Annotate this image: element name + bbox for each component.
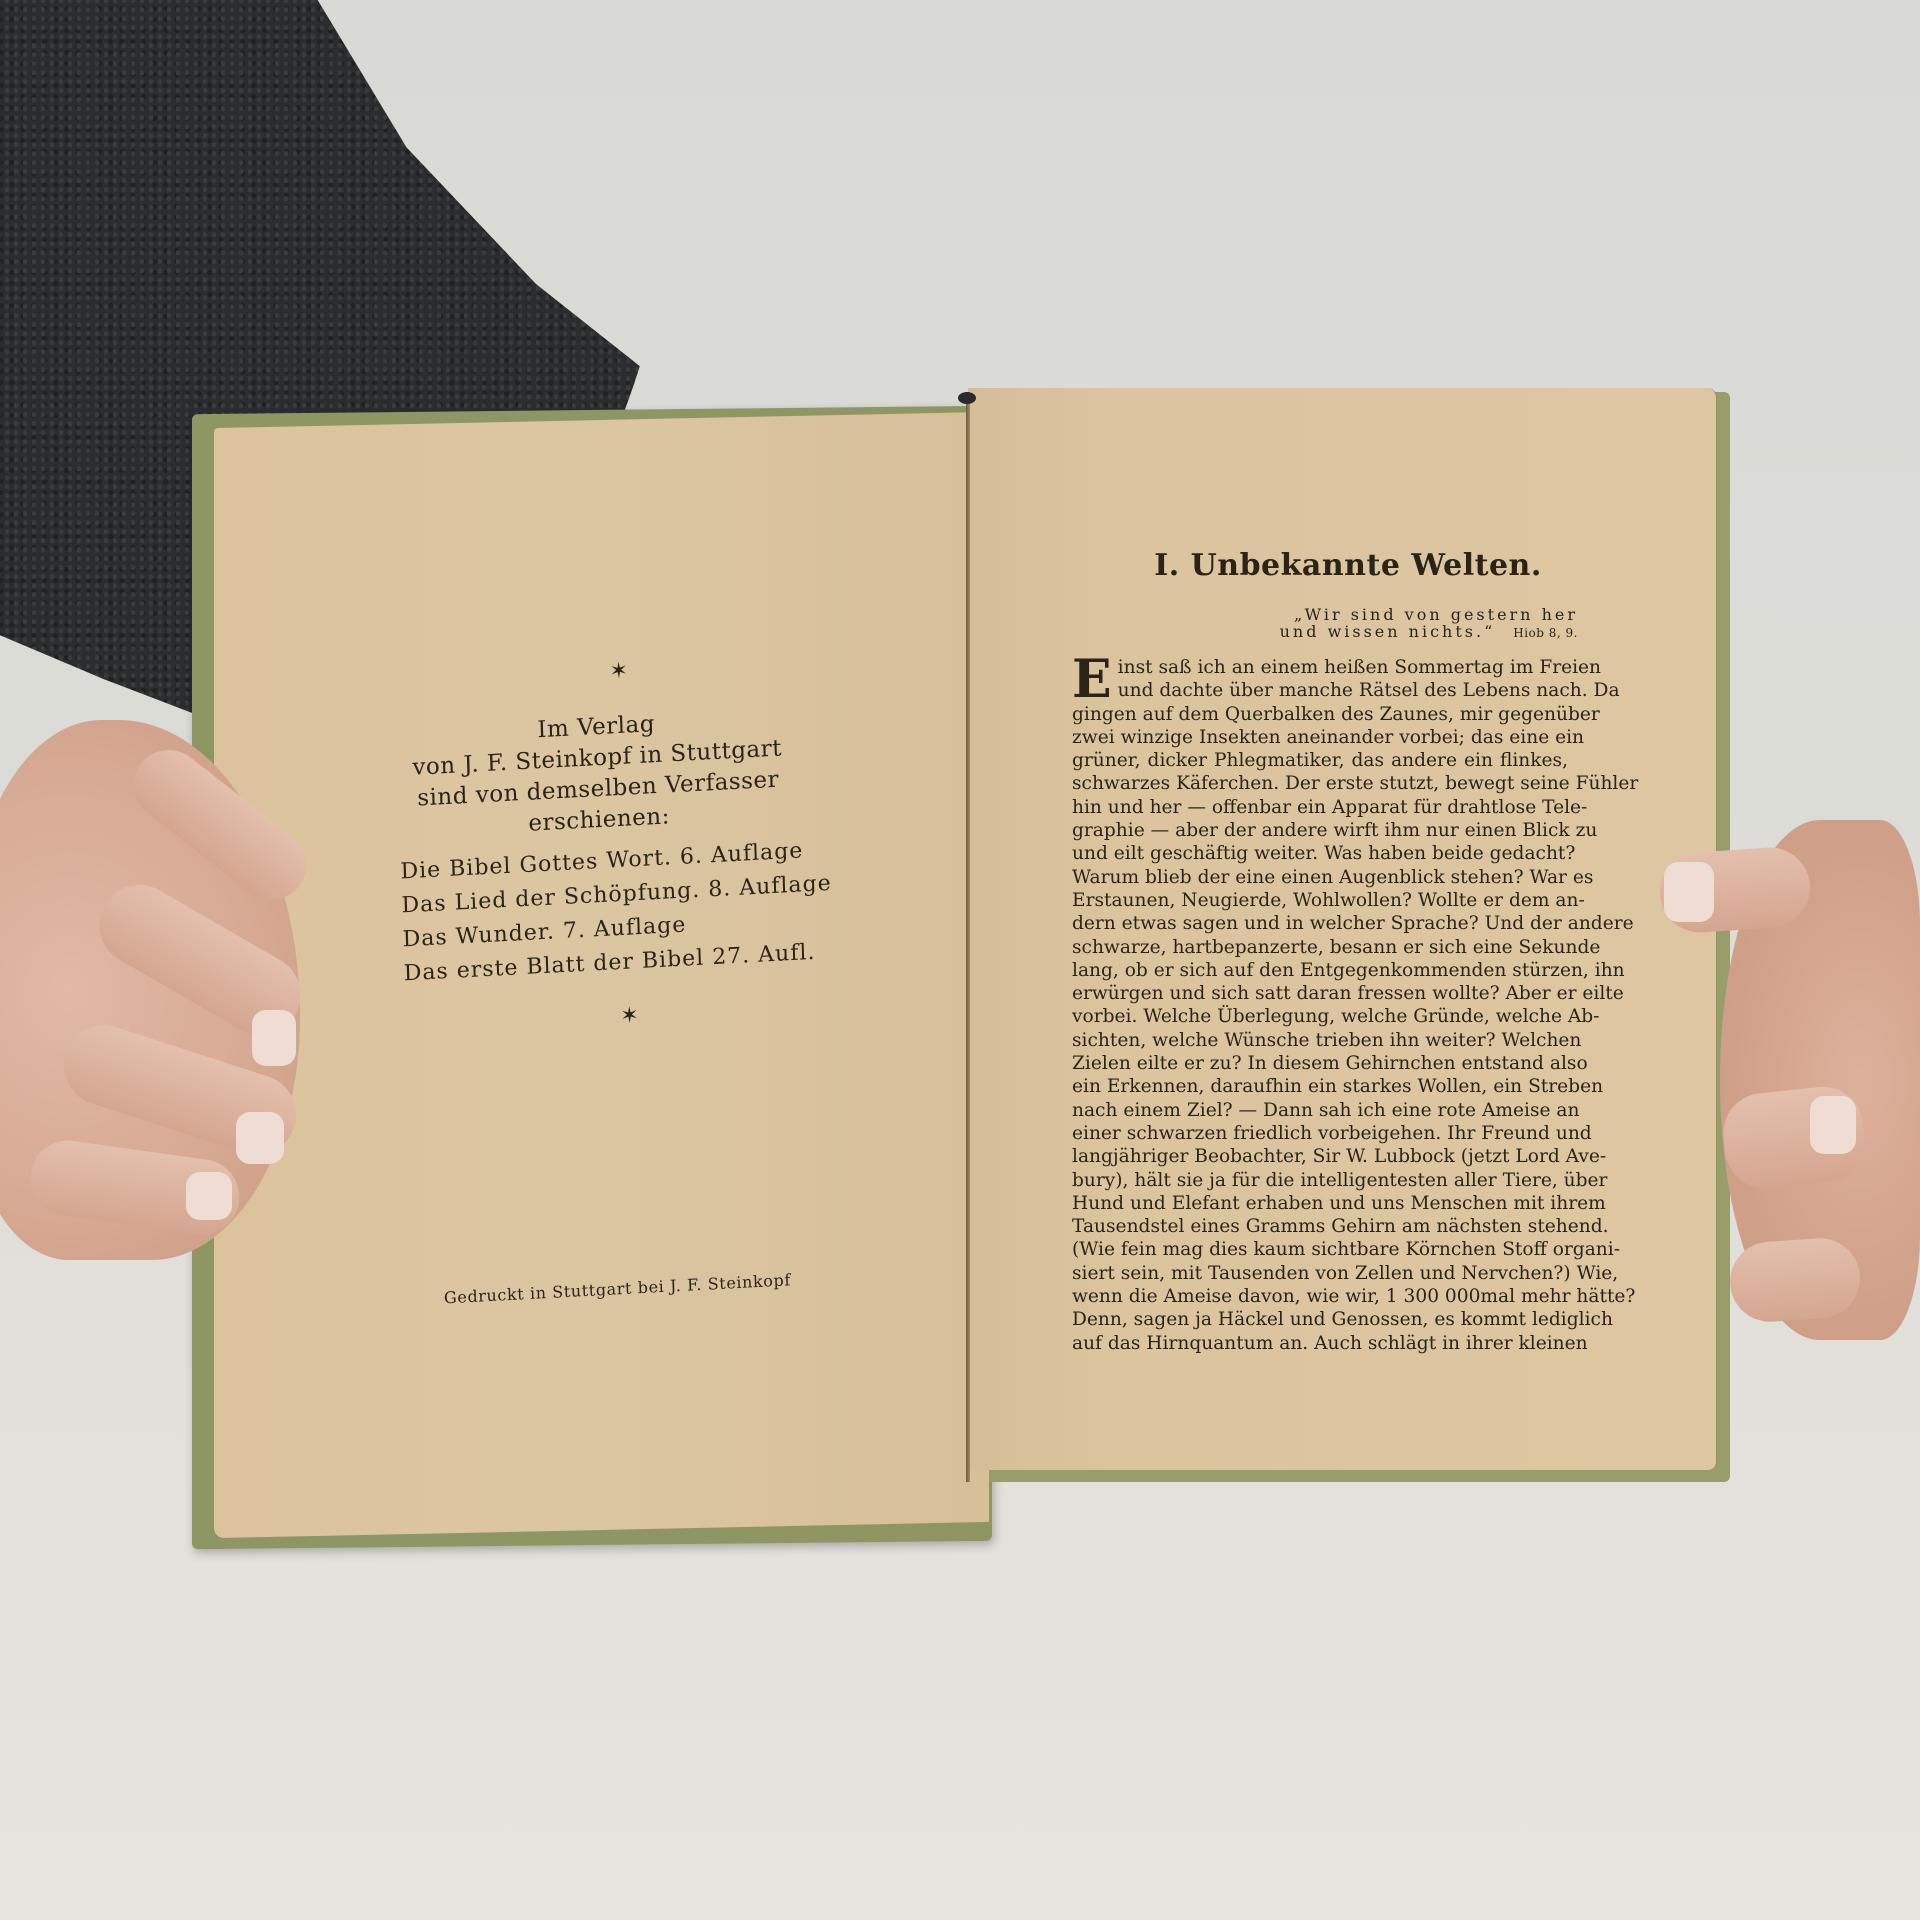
text-line: graphie — aber der andere wirft ihm nur … — [1072, 819, 1568, 842]
epigraph-line: und wissen nichts.“ — [1280, 622, 1496, 641]
fingernail — [252, 1010, 296, 1066]
text-line: Tausendstel eines Gramms Gehirn am nächs… — [1072, 1215, 1568, 1238]
fingernail — [1664, 862, 1714, 922]
text-line: Erstaunen, Neugierde, Wohlwollen? Wollte… — [1072, 889, 1568, 912]
text-line: und dachte über manche Rätsel des Lebens… — [1072, 679, 1568, 702]
fingernail — [186, 1172, 232, 1220]
fingernail — [236, 1112, 284, 1164]
text-line: wenn die Ameise davon, wie wir, 1 300 00… — [1072, 1285, 1568, 1308]
text-line: schwarzes Käferchen. Der erste stutzt, b… — [1072, 772, 1568, 795]
right-page: I. Unbekannte Welten. „Wir sind von gest… — [968, 388, 1716, 1470]
text-line: lang, ob er sich auf den Entgegenkommend… — [1072, 959, 1568, 982]
works-list: Die Bibel Gottes Wort. 6. Auflage Das Li… — [400, 831, 864, 991]
book-gutter — [966, 392, 970, 1482]
chapter-body: E inst saß ich an einem heißen Sommertag… — [1072, 656, 1568, 1355]
chapter-title: I. Unbekannte Welten. — [1078, 548, 1618, 583]
text-line: und eilt geschäftig weiter. Was haben be… — [1072, 842, 1568, 865]
left-page-content: ✶ Im Verlag von J. F. Steinkopf in Stutt… — [197, 400, 1006, 1549]
text-line: Denn, sagen ja Häckel und Genossen, es k… — [1072, 1308, 1568, 1331]
text-line: bury), hält sie ja für die intelligentes… — [1072, 1169, 1568, 1192]
text-line: Hund und Elefant erhaben und uns Mensche… — [1072, 1192, 1568, 1215]
text-line: gingen auf dem Querbalken des Zaunes, mi… — [1072, 703, 1568, 726]
text-line: grüner, dicker Phlegmatiker, das andere … — [1072, 749, 1568, 772]
star-ornament-icon: ✶ — [609, 658, 628, 684]
text-line: nach einem Ziel? — Dann sah ich eine rot… — [1072, 1099, 1568, 1122]
publisher-imprint: Im Verlag von J. F. Steinkopf in Stuttga… — [376, 701, 820, 848]
text-line: siert sein, mit Tausenden von Zellen und… — [1072, 1262, 1568, 1285]
photo-scene: ✶ Im Verlag von J. F. Steinkopf in Stutt… — [0, 0, 1920, 1920]
text-line: Zielen eilte er zu? In diesem Gehirnchen… — [1072, 1052, 1568, 1075]
epigraph-reference: Hiob 8, 9. — [1513, 626, 1578, 640]
book-headband — [958, 392, 976, 404]
star-ornament-icon: ✶ — [620, 1003, 639, 1029]
text-line: hin und her — offenbar ein Apparat für d… — [1072, 796, 1568, 819]
text-line: Warum blieb der eine einen Augenblick st… — [1072, 866, 1568, 889]
text-line: (Wie fein mag dies kaum sichtbare Körnch… — [1072, 1238, 1568, 1261]
right-finger — [1727, 1236, 1862, 1325]
text-line: schwarze, hartbepanzerte, besann er sich… — [1072, 936, 1568, 959]
text-line: langjähriger Beobachter, Sir W. Lubbock … — [1072, 1145, 1568, 1168]
left-page: ✶ Im Verlag von J. F. Steinkopf in Stutt… — [214, 412, 989, 1538]
text-line: dern etwas sagen und in welcher Sprache?… — [1072, 912, 1568, 935]
text-line: einer schwarzen friedlich vorbeigehen. I… — [1072, 1122, 1568, 1145]
text-line: auf das Hirnquantum an. Auch schlägt in … — [1072, 1332, 1568, 1355]
text-line: zwei winzige Insekten aneinander vorbei;… — [1072, 726, 1568, 749]
text-line: sichten, welche Wünsche trieben ihn weit… — [1072, 1029, 1568, 1052]
text-line: erwürgen und sich satt daran fressen wol… — [1072, 982, 1568, 1005]
text-line: ein Erkennen, daraufhin ein starkes Woll… — [1072, 1075, 1568, 1098]
text-line: inst saß ich an einem heißen Sommertag i… — [1072, 656, 1568, 679]
text-line: vorbei. Welche Überlegung, welche Gründe… — [1072, 1005, 1568, 1028]
epigraph: „Wir sind von gestern her und wissen nic… — [1258, 606, 1578, 642]
drop-cap: E — [1072, 658, 1112, 702]
printer-note: Gedruckt in Stuttgart bei J. F. Steinkop… — [444, 1270, 791, 1307]
epigraph-line: „Wir sind von gestern her — [1258, 606, 1578, 623]
fingernail — [1810, 1096, 1856, 1154]
